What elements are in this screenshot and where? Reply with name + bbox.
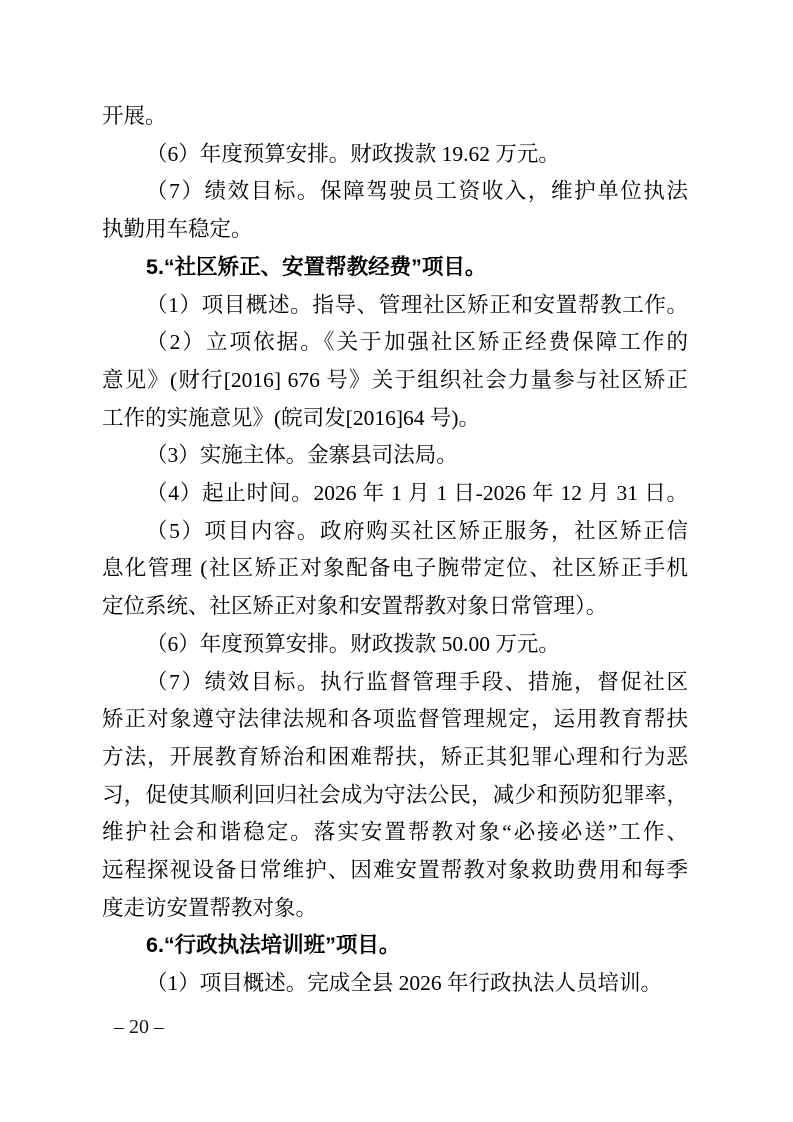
text-line: 工作的实施意见》(皖司发[2016]64 号)。 <box>102 400 688 438</box>
text-line: 意见》(财行[2016] 676 号》关于组织社会力量参与社区矫正 <box>102 362 688 400</box>
paragraph: （5）项目内容。政府购买社区矫正服务，社区矫正信 息化管理 (社区矫正对象配备电… <box>102 513 688 626</box>
text-line: （6）年度预算安排。财政拨款 50.00 万元。 <box>102 626 688 664</box>
text-line: （1）项目概述。完成全县 2026 年行政执法人员培训。 <box>102 965 688 1003</box>
section-heading-6: 6.“行政执法培训班”项目。 <box>102 927 688 965</box>
text-line: （7）绩效目标。执行监督管理手段、措施，督促社区 <box>102 664 688 702</box>
paragraph: 开展。 <box>102 98 688 136</box>
document-page: 开展。 （6）年度预算安排。财政拨款 19.62 万元。 （7）绩效目标。保障驾… <box>0 0 793 1122</box>
section-heading-text: 5.“社区矫正、安置帮教经费”项目。 <box>102 249 688 287</box>
text-line: （4）起止时间。2026 年 1 月 1 日-2026 年 12 月 31 日。 <box>102 475 688 513</box>
text-line: 方法，开展教育矫治和困难帮扶，矫正其犯罪心理和行为恶 <box>102 739 688 777</box>
paragraph: （2）立项依据。《关于加强社区矫正经费保障工作的 意见》(财行[2016] 67… <box>102 324 688 437</box>
text-line: 维护社会和谐稳定。落实安置帮教对象“必接必送”工作、 <box>102 814 688 852</box>
page-number: – 20 – <box>114 1013 164 1041</box>
text-line: （3）实施主体。金寨县司法局。 <box>102 437 688 475</box>
paragraph: （7）绩效目标。保障驾驶员工资收入，维护单位执法 执勤用车稳定。 <box>102 173 688 248</box>
paragraph: （1）项目概述。完成全县 2026 年行政执法人员培训。 <box>102 965 688 1003</box>
text-line: 度走访安置帮教对象。 <box>102 890 688 928</box>
text-line: 矫正对象遵守法律法规和各项监督管理规定，运用教育帮扶 <box>102 701 688 739</box>
paragraph: （1）项目概述。指导、管理社区矫正和安置帮教工作。 <box>102 287 688 325</box>
document-body: 开展。 （6）年度预算安排。财政拨款 19.62 万元。 （7）绩效目标。保障驾… <box>102 98 688 1003</box>
text-line: 远程探视设备日常维护、因难安置帮教对象救助费用和每季 <box>102 852 688 890</box>
text-line: 执勤用车稳定。 <box>102 211 688 249</box>
text-line: 习，促使其顺利回归社会成为守法公民，减少和预防犯罪率， <box>102 777 688 815</box>
text-line: （5）项目内容。政府购买社区矫正服务，社区矫正信 <box>102 513 688 551</box>
text-line: （2）立项依据。《关于加强社区矫正经费保障工作的 <box>102 324 688 362</box>
paragraph: （4）起止时间。2026 年 1 月 1 日-2026 年 12 月 31 日。 <box>102 475 688 513</box>
text-line: （6）年度预算安排。财政拨款 19.62 万元。 <box>102 136 688 174</box>
paragraph: （6）年度预算安排。财政拨款 19.62 万元。 <box>102 136 688 174</box>
paragraph: （3）实施主体。金寨县司法局。 <box>102 437 688 475</box>
text-line: 息化管理 (社区矫正对象配备电子腕带定位、社区矫正手机 <box>102 550 688 588</box>
paragraph: （7）绩效目标。执行监督管理手段、措施，督促社区 矫正对象遵守法律法规和各项监督… <box>102 664 688 928</box>
text-line: 定位系统、社区矫正对象和安置帮教对象日常管理）。 <box>102 588 688 626</box>
text-line: （7）绩效目标。保障驾驶员工资收入，维护单位执法 <box>102 173 688 211</box>
paragraph: （6）年度预算安排。财政拨款 50.00 万元。 <box>102 626 688 664</box>
section-heading-text: 6.“行政执法培训班”项目。 <box>102 927 688 965</box>
section-heading-5: 5.“社区矫正、安置帮教经费”项目。 <box>102 249 688 287</box>
text-line: （1）项目概述。指导、管理社区矫正和安置帮教工作。 <box>102 287 688 325</box>
text-line: 开展。 <box>102 98 688 136</box>
